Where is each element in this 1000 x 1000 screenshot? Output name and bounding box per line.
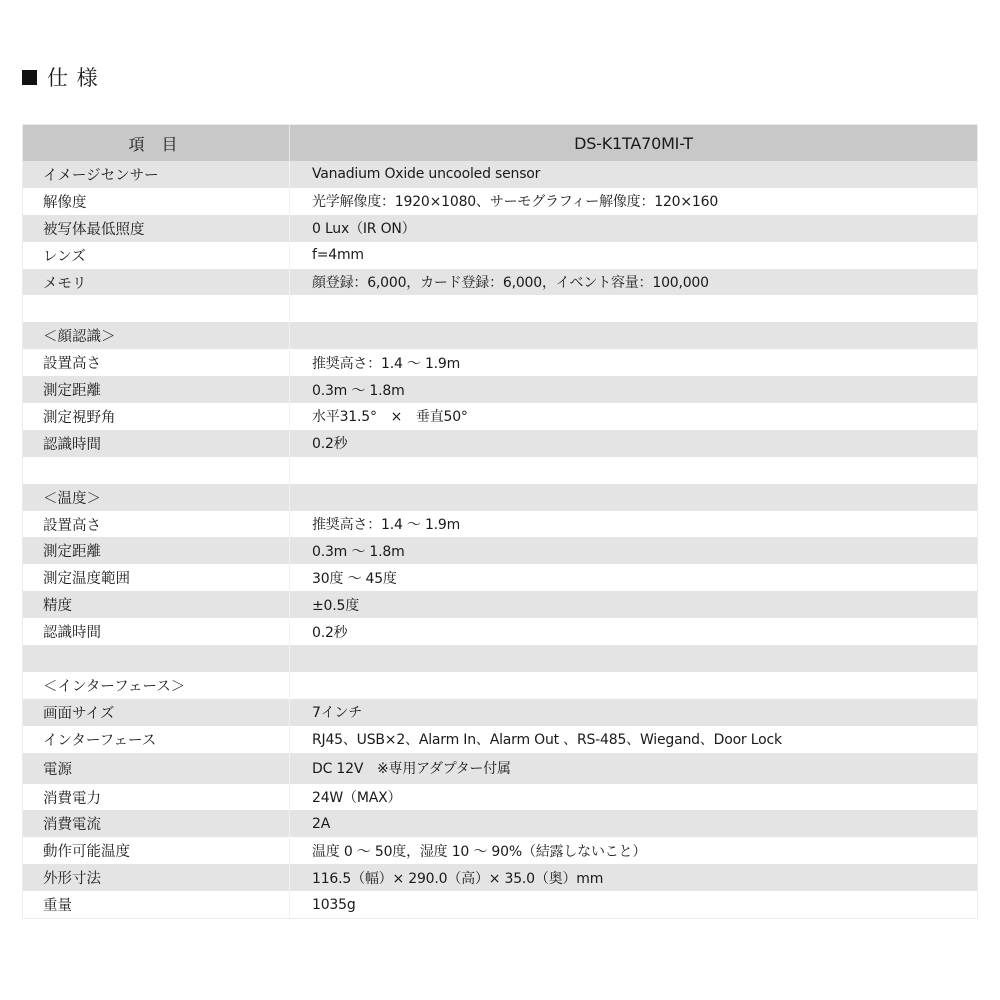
table-header: 項 目 DS-K1TA70MI-T xyxy=(23,125,977,161)
spec-label xyxy=(23,295,290,322)
spec-value: 0.3m ～ 1.8m xyxy=(290,376,977,403)
table-row: 重量1035g xyxy=(23,891,977,918)
table-row: 消費電流2A xyxy=(23,810,977,837)
spec-value: 24W（MAX） xyxy=(290,784,977,811)
header-model-name: DS-K1TA70MI-T xyxy=(290,125,977,161)
table-row: レンズf=4mm xyxy=(23,242,977,269)
spec-label: 精度 xyxy=(23,591,290,618)
spec-label xyxy=(23,457,290,484)
spec-table: 項 目 DS-K1TA70MI-T イメージセンサーVanadium Oxide… xyxy=(22,124,978,919)
spec-label: 認識時間 xyxy=(23,430,290,457)
spec-value: 水平31.5° × 垂直50° xyxy=(290,403,977,430)
table-row xyxy=(23,645,977,672)
spec-value: Vanadium Oxide uncooled sensor xyxy=(290,161,977,188)
spec-value: 1035g xyxy=(290,891,977,918)
spec-value: RJ45、USB×2、Alarm In、Alarm Out 、RS-485、Wi… xyxy=(290,726,977,753)
spec-label: イメージセンサー xyxy=(23,161,290,188)
table-row xyxy=(23,295,977,322)
spec-label: 電源 xyxy=(23,753,290,784)
spec-label: 重量 xyxy=(23,891,290,918)
spec-label xyxy=(23,645,290,672)
spec-value: 7インチ xyxy=(290,699,977,726)
spec-value: 0.2秒 xyxy=(290,618,977,645)
spec-label: 被写体最低照度 xyxy=(23,215,290,242)
table-row: ＜インターフェース＞ xyxy=(23,672,977,699)
spec-label: インターフェース xyxy=(23,726,290,753)
table-row: メモリ顔登録：6,000，カード登録：6,000，イベント容量：100,000 xyxy=(23,269,977,296)
spec-label: ＜インターフェース＞ xyxy=(23,672,290,699)
table-row xyxy=(23,457,977,484)
table-row: 消費電力24W（MAX） xyxy=(23,784,977,811)
table-row: 測定距離0.3m ～ 1.8m xyxy=(23,376,977,403)
spec-label: メモリ xyxy=(23,269,290,296)
table-row: 設置高さ推奨高さ：1.4 ～ 1.9m xyxy=(23,349,977,376)
spec-value xyxy=(290,457,977,484)
spec-label: 消費電力 xyxy=(23,784,290,811)
spec-label: 測定距離 xyxy=(23,537,290,564)
spec-value: 2A xyxy=(290,810,977,837)
spec-label: 認識時間 xyxy=(23,618,290,645)
spec-value: 0.2秒 xyxy=(290,430,977,457)
table-row: 測定距離0.3m ～ 1.8m xyxy=(23,537,977,564)
table-row: 動作可能温度温度 0 ～ 50度，湿度 10 ～ 90%（結露しないこと） xyxy=(23,837,977,864)
spec-label: 測定温度範囲 xyxy=(23,564,290,591)
table-body: イメージセンサーVanadium Oxide uncooled sensor解像… xyxy=(23,161,977,918)
section-title-text: 仕 様 xyxy=(47,62,99,92)
spec-value: 顔登録：6,000，カード登録：6,000，イベント容量：100,000 xyxy=(290,269,977,296)
spec-value xyxy=(290,295,977,322)
spec-value xyxy=(290,672,977,699)
table-row: 設置高さ推奨高さ：1.4 ～ 1.9m xyxy=(23,511,977,538)
spec-value: DC 12V ※専用アダプター付属 xyxy=(290,753,977,784)
table-row: インターフェースRJ45、USB×2、Alarm In、Alarm Out 、R… xyxy=(23,726,977,753)
table-row: 認識時間0.2秒 xyxy=(23,618,977,645)
spec-label: ＜温度＞ xyxy=(23,484,290,511)
table-row: 精度±0.5度 xyxy=(23,591,977,618)
spec-label: 動作可能温度 xyxy=(23,837,290,864)
table-row: 外形寸法116.5（幅）× 290.0（高）× 35.0（奥）mm xyxy=(23,864,977,891)
spec-value: f=4mm xyxy=(290,242,977,269)
spec-value: 光学解像度：1920×1080、サーモグラフィー解像度：120×160 xyxy=(290,188,977,215)
spec-label: 設置高さ xyxy=(23,511,290,538)
spec-value xyxy=(290,322,977,349)
spec-value: 116.5（幅）× 290.0（高）× 35.0（奥）mm xyxy=(290,864,977,891)
section-title: 仕 様 xyxy=(22,62,99,92)
table-row: 電源DC 12V ※専用アダプター付属 xyxy=(23,753,977,784)
table-row: ＜温度＞ xyxy=(23,484,977,511)
spec-label: 外形寸法 xyxy=(23,864,290,891)
spec-label: 測定視野角 xyxy=(23,403,290,430)
table-row: ＜顔認識＞ xyxy=(23,322,977,349)
spec-label: レンズ xyxy=(23,242,290,269)
spec-label: ＜顔認識＞ xyxy=(23,322,290,349)
spec-label: 画面サイズ xyxy=(23,699,290,726)
table-row: 被写体最低照度0 Lux（IR ON） xyxy=(23,215,977,242)
table-row: イメージセンサーVanadium Oxide uncooled sensor xyxy=(23,161,977,188)
spec-value: 推奨高さ：1.4 ～ 1.9m xyxy=(290,511,977,538)
black-square-icon xyxy=(22,70,37,85)
table-row: 認識時間0.2秒 xyxy=(23,430,977,457)
table-row: 測定視野角水平31.5° × 垂直50° xyxy=(23,403,977,430)
spec-value: 0 Lux（IR ON） xyxy=(290,215,977,242)
spec-label: 測定距離 xyxy=(23,376,290,403)
spec-label: 設置高さ xyxy=(23,349,290,376)
spec-value: 温度 0 ～ 50度，湿度 10 ～ 90%（結露しないこと） xyxy=(290,837,977,864)
table-row: 測定温度範囲30度 ～ 45度 xyxy=(23,564,977,591)
spec-value: 推奨高さ：1.4 ～ 1.9m xyxy=(290,349,977,376)
spec-value: 30度 ～ 45度 xyxy=(290,564,977,591)
header-item-label: 項 目 xyxy=(23,125,290,161)
spec-value xyxy=(290,484,977,511)
spec-value xyxy=(290,645,977,672)
spec-label: 解像度 xyxy=(23,188,290,215)
spec-label: 消費電流 xyxy=(23,810,290,837)
table-row: 解像度光学解像度：1920×1080、サーモグラフィー解像度：120×160 xyxy=(23,188,977,215)
spec-value: ±0.5度 xyxy=(290,591,977,618)
spec-value: 0.3m ～ 1.8m xyxy=(290,537,977,564)
table-row: 画面サイズ7インチ xyxy=(23,699,977,726)
